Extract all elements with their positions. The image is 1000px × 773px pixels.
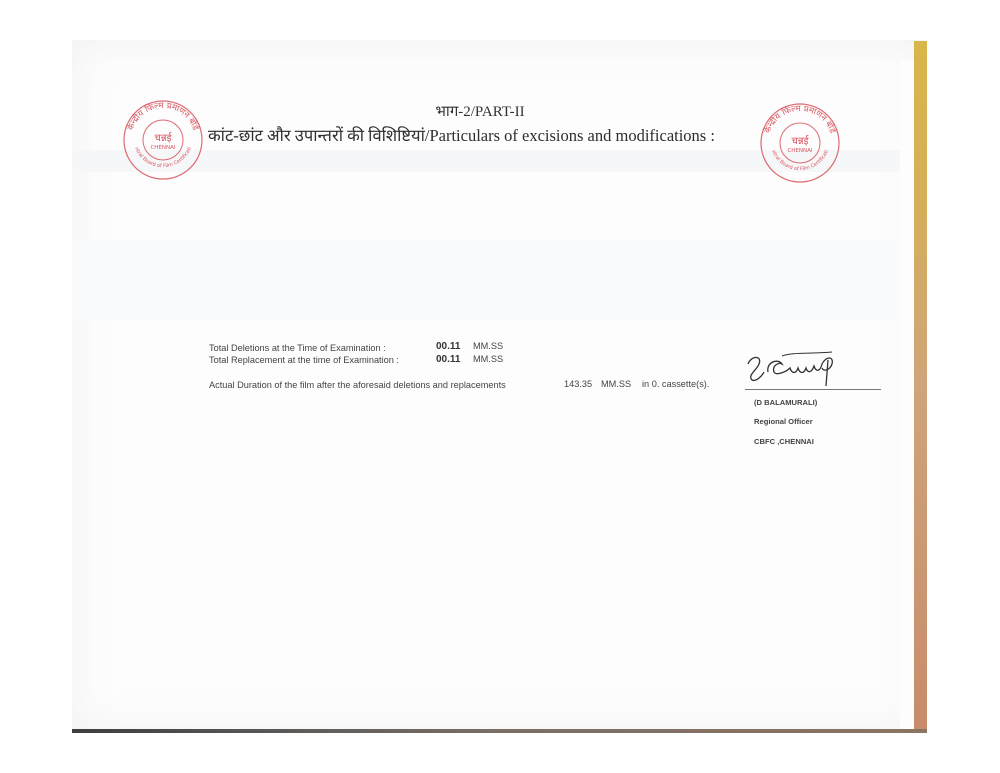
part-title: भाग-2/PART-II [0, 101, 1000, 121]
signature-line [745, 389, 881, 390]
scan-shading [72, 240, 914, 320]
replacement-label: Total Replacement at the time of Examina… [209, 355, 399, 365]
page-edge-bottom [72, 729, 927, 733]
duration-label: Actual Duration of the film after the af… [209, 380, 506, 390]
svg-text:चन्नई: चन्नई [792, 135, 810, 147]
svg-text:चन्नई: चन्नई [155, 132, 173, 144]
page-edge-cover [900, 60, 914, 730]
signatory-name: (D BALAMURALI) [754, 398, 817, 407]
deletions-value: 00.11 [436, 341, 460, 352]
cassette-count: in 0. cassette(s). [642, 379, 709, 389]
part-title-text: भाग-2/PART-II [435, 104, 524, 120]
svg-text:CHENNAI: CHENNAI [150, 145, 175, 151]
signature-icon [742, 350, 852, 388]
page-edge-right [914, 41, 927, 730]
duration-value: 143.35 [564, 379, 592, 389]
duration-unit: MM.SS [601, 379, 631, 389]
signatory-office: CBFC ,CHENNAI [754, 437, 814, 446]
svg-text:CHENNAI: CHENNAI [787, 148, 812, 154]
replacement-value: 00.11 [436, 354, 460, 365]
section-heading: कांट-छांट और उपान्तरों की विशिष्टियां/Pa… [208, 123, 715, 146]
deletions-label: Total Deletions at the Time of Examinati… [209, 343, 386, 353]
scanned-document: केन्द्रीय फिल्म प्रमाणन बोर्ड Central Bo… [0, 0, 1000, 773]
deletions-unit: MM.SS [473, 341, 503, 351]
signatory-designation: Regional Officer [754, 417, 813, 426]
replacement-unit: MM.SS [473, 354, 503, 364]
